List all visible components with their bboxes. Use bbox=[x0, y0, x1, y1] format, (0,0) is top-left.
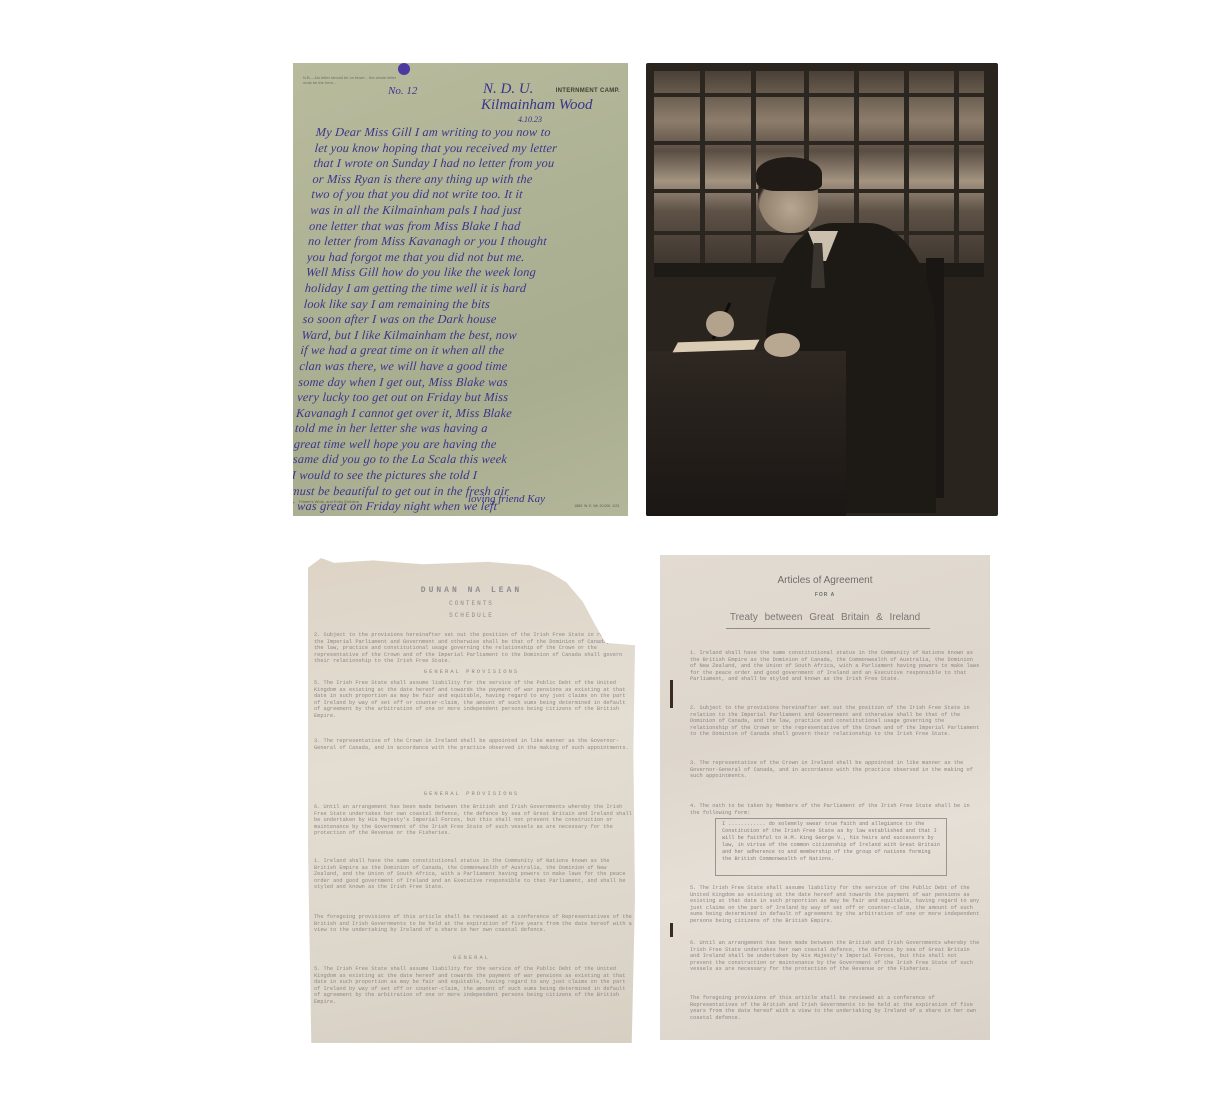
typed-paragraph: 6. Until an arrangement has been made be… bbox=[314, 804, 632, 837]
ink-stamp-mark bbox=[398, 63, 410, 75]
letter-line: told me in her letter she was having a bbox=[294, 421, 617, 437]
letter-body: My Dear Miss Gill I am writing to you no… bbox=[293, 125, 628, 516]
sepia-photograph bbox=[646, 63, 998, 516]
letter-line: two of you that you did not write too. I… bbox=[311, 187, 628, 203]
title-rule bbox=[726, 628, 930, 629]
typed-paragraph: 5. The Irish Free State shall assume lia… bbox=[314, 680, 632, 719]
typed-paragraph: 5. The Irish Free State shall assume lia… bbox=[314, 966, 632, 1005]
letter-line: you had forgot me that you did not but m… bbox=[306, 250, 628, 266]
treaty-article-2: 2. Subject to the provisions hereinafter… bbox=[690, 705, 980, 738]
letter-line: look like say I am remaining the bits bbox=[303, 297, 626, 313]
typed-doc-subtitle: SCHEDULE bbox=[308, 612, 635, 619]
typed-doc-title: DUNAN NA LEAN bbox=[308, 586, 635, 595]
printer-imprint: Printer's Work, and Entry Emblem bbox=[299, 499, 359, 504]
letter-line: let you know hoping that you received my… bbox=[314, 141, 628, 157]
typed-paragraph: 3. The representative of the Crown in Ir… bbox=[314, 738, 632, 751]
man-hair bbox=[756, 157, 822, 191]
treaty-article-4: 4. The oath to be taken by Members of th… bbox=[690, 803, 980, 816]
resting-hand bbox=[764, 333, 800, 357]
letter-line: My Dear Miss Gill I am writing to you no… bbox=[315, 125, 628, 141]
treaty-subtitle: Treaty between Great Britain & Ireland bbox=[660, 612, 990, 623]
typed-paragraph: The foregoing provisions of this article… bbox=[314, 914, 632, 934]
letter-date: 4.10.23 bbox=[518, 115, 542, 124]
typed-paragraph: 1. Ireland shall have the same constitut… bbox=[314, 858, 632, 891]
writing-desk bbox=[646, 351, 846, 516]
treaty-for-label: FOR A bbox=[660, 592, 990, 598]
letter-signature: loving friend Kay bbox=[468, 493, 545, 505]
letter-line: holiday I am getting the time well it is… bbox=[304, 281, 627, 297]
letter-line: must be beautiful to get out in the fres… bbox=[293, 484, 613, 500]
treaty-article-6: 6. Until an arrangement has been made be… bbox=[690, 940, 980, 973]
typed-doc-subtitle: CONTENTS bbox=[308, 600, 635, 607]
letter-number: No. 12 bbox=[388, 85, 417, 97]
letter-line: that I wrote on Sunday I had no letter f… bbox=[313, 156, 628, 172]
letter-line: clan was there, we will have a good time bbox=[299, 359, 622, 375]
treaty-article-5: 5. The Irish Free State shall assume lia… bbox=[690, 885, 980, 925]
oath-box: I ............ do solemnly swear true fa… bbox=[715, 818, 947, 876]
handwritten-letter: N.B.—No letter should be on fewer... the… bbox=[293, 63, 628, 516]
typed-section-heading: GENERAL PROVISIONS bbox=[308, 668, 635, 675]
letter-line: very lucky too get out on Friday but Mis… bbox=[297, 390, 620, 406]
letter-header-note: N.B.—No letter should be on fewer... the… bbox=[303, 75, 398, 85]
letter-line: I would to see the pictures she told I bbox=[293, 468, 614, 484]
treaty-article-3: 3. The representative of the Crown in Ir… bbox=[690, 760, 980, 780]
torn-typed-document: DUNAN NA LEAN CONTENTS SCHEDULE 2. Subje… bbox=[308, 558, 635, 1043]
letter-line: Kilmainham I thought I was free once bbox=[293, 515, 611, 516]
writing-hand bbox=[706, 311, 734, 337]
treaty-article-6b: The foregoing provisions of this article… bbox=[690, 995, 980, 1021]
letter-line: Well Miss Gill how do you like the week … bbox=[305, 265, 628, 281]
letter-line: same did you go to the La Scala this wee… bbox=[293, 452, 615, 468]
letter-address-line2: Kilmainham Wood bbox=[481, 97, 593, 114]
letter-line: one letter that was from Miss Blake I ha… bbox=[309, 219, 628, 235]
letter-line: if we had a great time on it when all th… bbox=[300, 343, 623, 359]
staple-mark bbox=[670, 923, 673, 937]
typed-section-heading: GENERAL bbox=[308, 954, 635, 961]
treaty-title: Articles of Agreement bbox=[660, 575, 990, 586]
typed-section-heading: GENERAL PROVISIONS bbox=[308, 790, 635, 797]
treaty-article-1: 1. Ireland shall have the same constitut… bbox=[690, 650, 980, 683]
letter-address-line1: N. D. U. bbox=[483, 81, 533, 98]
typed-paragraph: 2. Subject to the provisions hereinafter… bbox=[314, 632, 632, 665]
letter-line: Kavanagh I cannot get over it, Miss Blak… bbox=[296, 406, 619, 422]
letter-line: or Miss Ryan is there any thing up with … bbox=[312, 172, 628, 188]
letterhead-title: INTERNMENT CAMP. bbox=[556, 88, 620, 94]
treaty-document: Articles of Agreement FOR A Treaty betwe… bbox=[660, 555, 990, 1040]
letter-line: was in all the Kilmainham pals I had jus… bbox=[310, 203, 628, 219]
letter-line: no letter from Miss Kavanagh or you I th… bbox=[308, 234, 628, 250]
letter-line: great time well hope you are having the bbox=[293, 437, 616, 453]
letter-line: some day when I get out, Miss Blake was bbox=[298, 375, 621, 391]
printer-code: 1889. W. E. Wt. 20,000. 1/23. bbox=[574, 504, 620, 508]
letter-line: Ward, but I like Kilmainham the best, no… bbox=[301, 328, 624, 344]
staple-mark bbox=[670, 680, 673, 708]
letter-line: so soon after I was on the Dark house bbox=[302, 312, 625, 328]
